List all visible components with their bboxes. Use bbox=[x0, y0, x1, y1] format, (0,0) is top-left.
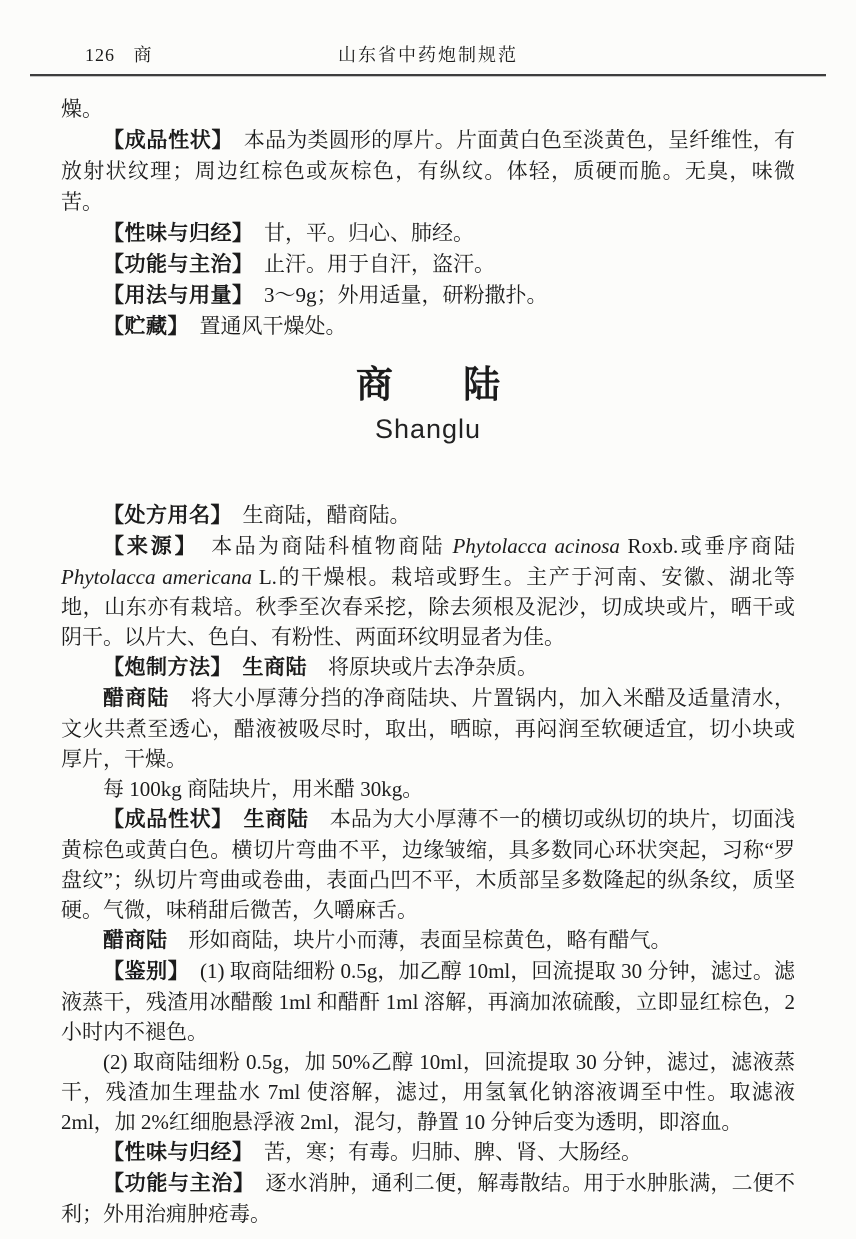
text-run: 3～9g；外用适量，研粉撒扑。 bbox=[243, 283, 548, 307]
paragraph: 醋商陆 形如商陆，块片小而薄，表面呈棕黄色，略有醋气。 bbox=[61, 925, 795, 956]
section-label: 生商陆 bbox=[244, 808, 309, 831]
paragraph: 【成品性状】 本品为类圆形的厚片。片面黄白色至淡黄色，呈纤维性，有放射状纹理；周… bbox=[61, 125, 795, 218]
section-label: 【成品性状】 bbox=[103, 129, 223, 152]
latin-name: Phytolacca americana bbox=[61, 565, 252, 589]
text-run: 形如商陆，块片小而薄，表面呈棕黄色，略有醋气。 bbox=[168, 928, 672, 952]
paragraph: 【功能与主治】 止汗。用于自汗，盗汗。 bbox=[61, 249, 795, 280]
section-label: 【性味与归经】 bbox=[103, 1141, 243, 1164]
header-rule bbox=[30, 74, 826, 76]
book-title: 山东省中药炮制规范 bbox=[0, 44, 856, 66]
paragraph: 【处方用名】 生商陆，醋商陆。 bbox=[61, 500, 795, 531]
section-label: 【性味与归经】 bbox=[103, 222, 243, 245]
text-run bbox=[222, 655, 243, 679]
section-label: 【贮藏】 bbox=[103, 315, 179, 338]
text-run: 止汗。用于自汗，盗汗。 bbox=[243, 252, 495, 276]
paragraph: 【炮制方法】 生商陆 将原块或片去净杂质。 bbox=[61, 652, 795, 683]
paragraph: 醋商陆 将大小厚薄分挡的净商陆块、片置锅内，加入米醋及适量清水，文火共煮至透心，… bbox=[61, 683, 795, 774]
section-label: 【功能与主治】 bbox=[103, 1172, 244, 1195]
section-label: 【来源】 bbox=[103, 535, 188, 558]
paragraph: 【性味与归经】 苦，寒；有毒。归肺、脾、肾、大肠经。 bbox=[61, 1137, 795, 1168]
paragraph: 【鉴别】 (1) 取商陆细粉 0.5g，加乙醇 10ml，回流提取 30 分钟，… bbox=[61, 956, 795, 1047]
scanned-book-page: 126 商 山东省中药炮制规范 燥。【成品性状】 本品为类圆形的厚片。片面黄白色… bbox=[0, 0, 856, 1239]
monograph-title: 商陆 bbox=[0, 360, 856, 410]
text-run: 苦，寒；有毒。归肺、脾、肾、大肠经。 bbox=[243, 1140, 642, 1164]
monograph-body: 【处方用名】 生商陆，醋商陆。【来源】 本品为商陆科植物商陆 Phytolacc… bbox=[61, 500, 795, 1229]
paragraph: 【成品性状】 生商陆 本品为大小厚薄不一的横切或纵切的块片，切面浅黄棕色或黄白色… bbox=[61, 804, 795, 925]
text-run bbox=[222, 807, 243, 831]
paragraph: 燥。 bbox=[61, 94, 795, 125]
monograph-pinyin: Shanglu bbox=[0, 412, 856, 446]
paragraph: 【性味与归经】 甘，平。归心、肺经。 bbox=[61, 218, 795, 249]
latin-name: Phytolacca acinosa bbox=[452, 534, 619, 558]
section-label: 【炮制方法】 bbox=[103, 656, 222, 679]
paragraph: 【来源】 本品为商陆科植物商陆 Phytolacca acinosa Roxb.… bbox=[61, 531, 795, 652]
section-label: 【处方用名】 bbox=[103, 504, 222, 527]
text-run: 将大小厚薄分挡的净商陆块、片置锅内，加入米醋及适量清水，文火共煮至透心，醋液被吸… bbox=[61, 686, 795, 771]
previous-monograph-tail: 燥。【成品性状】 本品为类圆形的厚片。片面黄白色至淡黄色，呈纤维性，有放射状纹理… bbox=[61, 94, 795, 342]
paragraph: (2) 取商陆细粉 0.5g，加 50%乙醇 10ml，回流提取 30 分钟，滤… bbox=[61, 1047, 795, 1137]
section-label: 【用法与用量】 bbox=[103, 284, 243, 307]
paragraph: 【用法与用量】 3～9g；外用适量，研粉撒扑。 bbox=[61, 280, 795, 311]
text-run: Roxb.或垂序商陆 bbox=[620, 534, 795, 558]
page-header: 126 商 山东省中药炮制规范 bbox=[0, 44, 856, 66]
section-label: 【功能与主治】 bbox=[103, 253, 243, 276]
section-label: 生商陆 bbox=[243, 656, 308, 679]
section-label: 【成品性状】 bbox=[103, 808, 222, 831]
section-label: 醋商陆 bbox=[103, 687, 169, 710]
text-run: 每 100kg 商陆块片，用米醋 30kg。 bbox=[103, 777, 423, 801]
text-run: 置通风干燥处。 bbox=[179, 314, 347, 338]
text-run: (2) 取商陆细粉 0.5g，加 50%乙醇 10ml，回流提取 30 分钟，滤… bbox=[61, 1050, 795, 1134]
text-run: 燥。 bbox=[61, 97, 103, 121]
section-label: 【鉴别】 bbox=[103, 960, 179, 983]
paragraph: 每 100kg 商陆块片，用米醋 30kg。 bbox=[61, 774, 795, 804]
paragraph: 【功能与主治】 逐水消肿，通利二便，解毒散结。用于水肿胀满，二便不利；外用治痈肿… bbox=[61, 1168, 795, 1229]
monograph-title-block: 商陆 Shanglu bbox=[0, 360, 856, 446]
text-run: 将原块或片去净杂质。 bbox=[307, 655, 538, 679]
text-run: 本品为商陆科植物商陆 bbox=[188, 534, 453, 558]
text-run: 甘，平。归心、肺经。 bbox=[243, 221, 474, 245]
section-label: 醋商陆 bbox=[103, 929, 168, 952]
paragraph: 【贮藏】 置通风干燥处。 bbox=[61, 311, 795, 342]
text-run: 生商陆，醋商陆。 bbox=[222, 503, 411, 527]
